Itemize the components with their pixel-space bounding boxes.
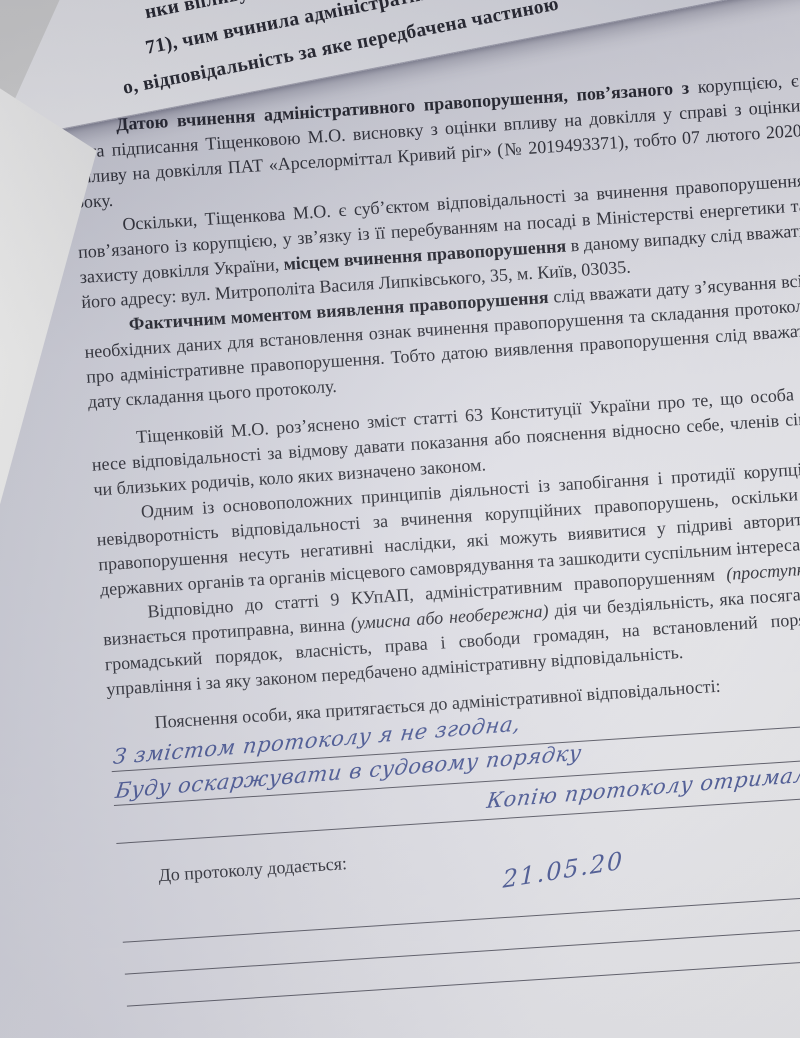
protocol-body: Датою вчинення адміністративного правопо… <box>0 0 800 1013</box>
attachments-label-text: До протоколу додається: <box>158 853 348 885</box>
document-photo: Датою вчинення адміністративного правопо… <box>0 0 800 1038</box>
blank-lines <box>121 864 800 1007</box>
article-9-italic-1: (проступком) <box>726 557 800 584</box>
